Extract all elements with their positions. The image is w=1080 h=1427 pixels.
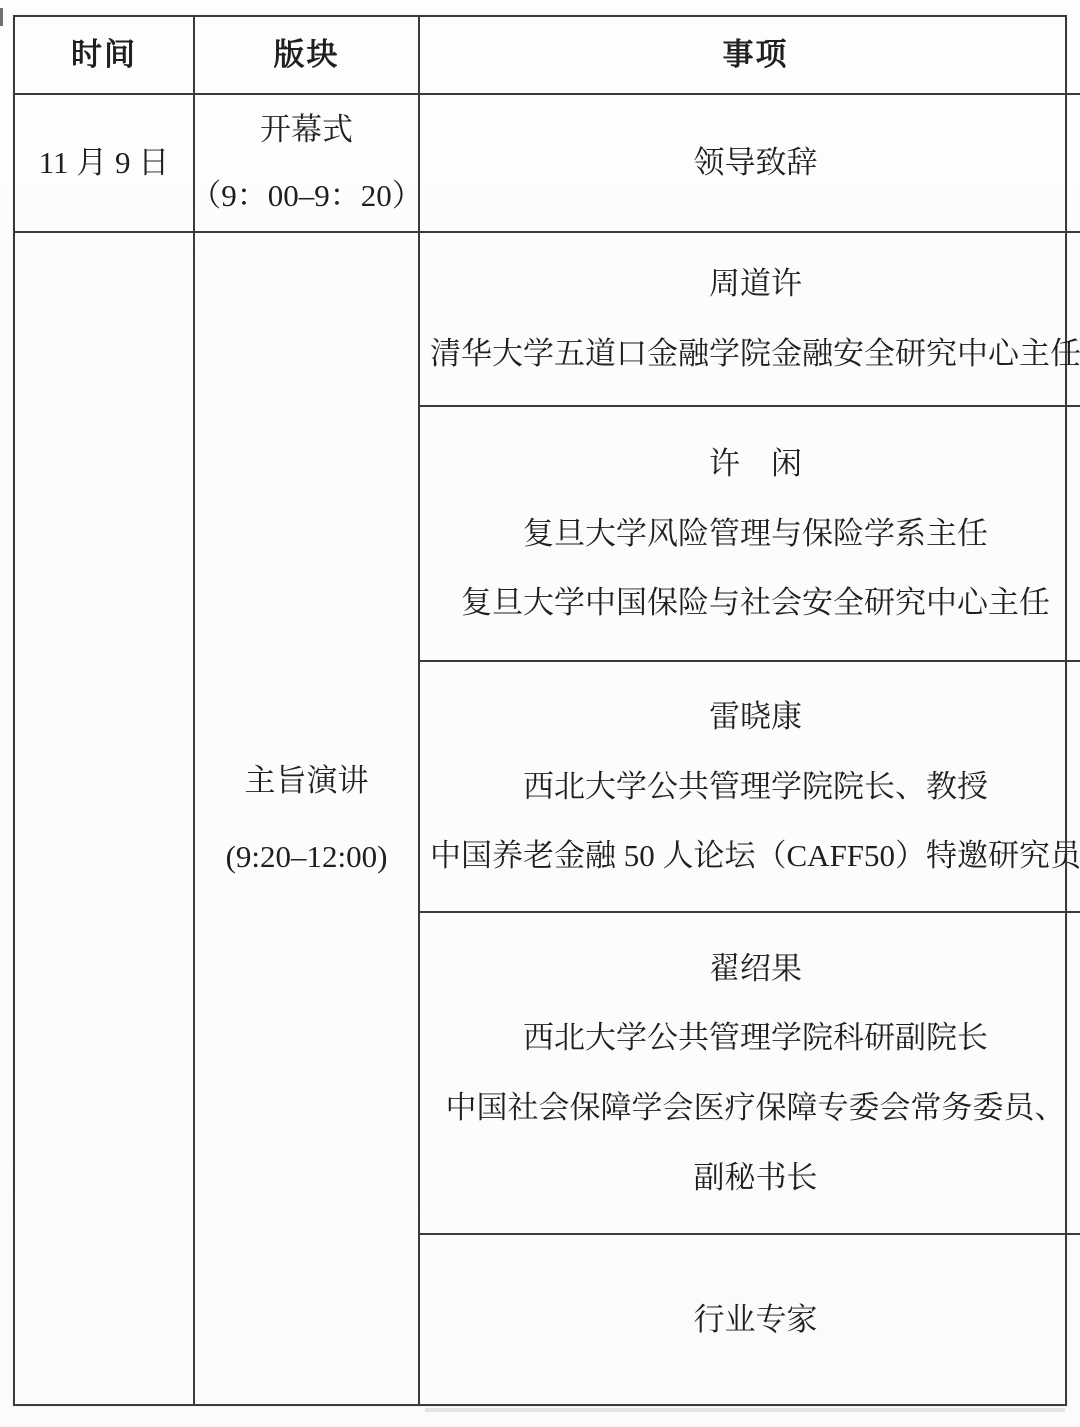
header-cell-section: 版块	[195, 17, 420, 95]
header-item-label: 事项	[723, 37, 789, 73]
speaker-cell: 翟绍果 西北大学公共管理学院科研副院长 中国社会保障学会医疗保障专委会常务委员、…	[420, 913, 1080, 1235]
header-cell-item: 事项	[420, 17, 1080, 95]
schedule-table: 时间 版块 事项 11 月 9 日 开幕式 （9：00–9：20） 领导致辞 主…	[13, 15, 1067, 1406]
speaker-name: 行业专家	[694, 1302, 818, 1338]
speaker-cell: 许 闲 复旦大学风险管理与保险学系主任 复旦大学中国保险与社会安全研究中心主任	[420, 407, 1080, 662]
speaker-name: 雷晓康	[709, 699, 802, 735]
header-cell-time: 时间	[15, 17, 195, 95]
speaker-title: 副秘书长	[694, 1160, 818, 1196]
keynote-section-title: 主旨演讲	[245, 763, 369, 799]
speaker-title: 复旦大学中国保险与社会安全研究中心主任	[461, 585, 1050, 621]
opening-date: 11 月 9 日	[39, 145, 170, 181]
speaker-name: 周道许	[709, 266, 802, 302]
speaker-cell: 雷晓康 西北大学公共管理学院院长、教授 中国养老金融 50 人论坛（CAFF50…	[420, 662, 1080, 913]
keynote-date-cell-empty	[15, 233, 195, 1404]
keynote-section-time: (9:20–12:00)	[226, 839, 388, 875]
opening-item: 领导致辞	[694, 145, 818, 181]
speaker-name: 许 闲	[709, 446, 802, 482]
scan-artifact-mark	[0, 8, 3, 26]
speaker-title: 中国社会保障学会医疗保障专委会常务委员、	[446, 1090, 1066, 1126]
speaker-name: 翟绍果	[709, 951, 802, 987]
keynote-section-cell: 主旨演讲 (9:20–12:00)	[195, 233, 420, 1404]
speaker-title: 西北大学公共管理学院科研副院长	[523, 1020, 988, 1056]
scan-artifact-shadow	[425, 1408, 1065, 1412]
document-page: 时间 版块 事项 11 月 9 日 开幕式 （9：00–9：20） 领导致辞 主…	[0, 0, 1080, 1427]
opening-section-title: 开幕式	[260, 112, 353, 148]
speaker-title: 清华大学五道口金融学院金融安全研究中心主任	[430, 336, 1080, 372]
opening-item-cell: 领导致辞	[420, 95, 1080, 233]
opening-section-cell: 开幕式 （9：00–9：20）	[195, 95, 420, 233]
speaker-title: 中国养老金融 50 人论坛（CAFF50）特邀研究员	[430, 838, 1080, 874]
speaker-title: 西北大学公共管理学院院长、教授	[523, 769, 988, 805]
speaker-cell: 行业专家	[420, 1235, 1080, 1404]
speaker-cell: 周道许 清华大学五道口金融学院金融安全研究中心主任	[420, 233, 1080, 407]
opening-section-time: （9：00–9：20）	[190, 178, 423, 214]
header-time-label: 时间	[71, 37, 137, 73]
opening-date-cell: 11 月 9 日	[15, 95, 195, 233]
speaker-title: 复旦大学风险管理与保险学系主任	[523, 516, 988, 552]
header-section-label: 版块	[274, 37, 340, 73]
